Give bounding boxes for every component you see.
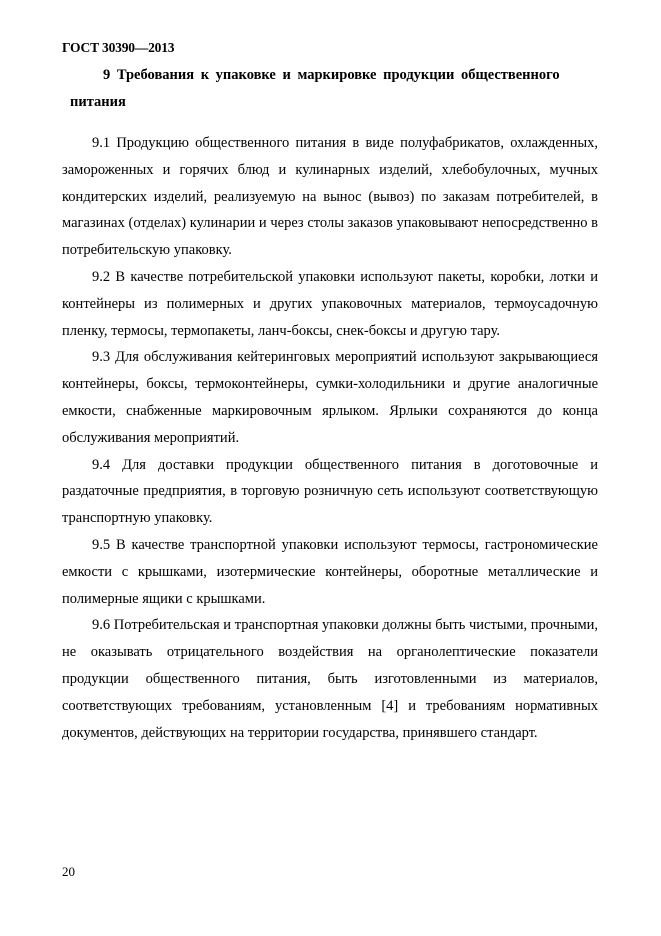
document-body: 9.1 Продукцию общественного питания в ви…: [62, 130, 598, 746]
paragraph-9-5: 9.5 В качестве транспортной упаковки исп…: [62, 532, 598, 612]
page-number: 20: [62, 864, 75, 880]
paragraph-9-3: 9.3 Для обслуживания кейтеринговых мероп…: [62, 344, 598, 451]
section-title-line-1: 9 Требования к упаковке и маркировке про…: [103, 67, 560, 83]
section-title: 9 Требования к упаковке и маркировке про…: [62, 62, 602, 116]
paragraph-9-1: 9.1 Продукцию общественного питания в ви…: [62, 130, 598, 264]
document-code: ГОСТ 30390—2013: [62, 40, 174, 56]
paragraph-9-6: 9.6 Потребительская и транспортная упако…: [62, 612, 598, 746]
paragraph-9-2: 9.2 В качестве потребительской упаковки …: [62, 264, 598, 344]
paragraph-9-4: 9.4 Для доставки продукции общественного…: [62, 452, 598, 532]
section-title-line-2: питания: [62, 89, 602, 116]
